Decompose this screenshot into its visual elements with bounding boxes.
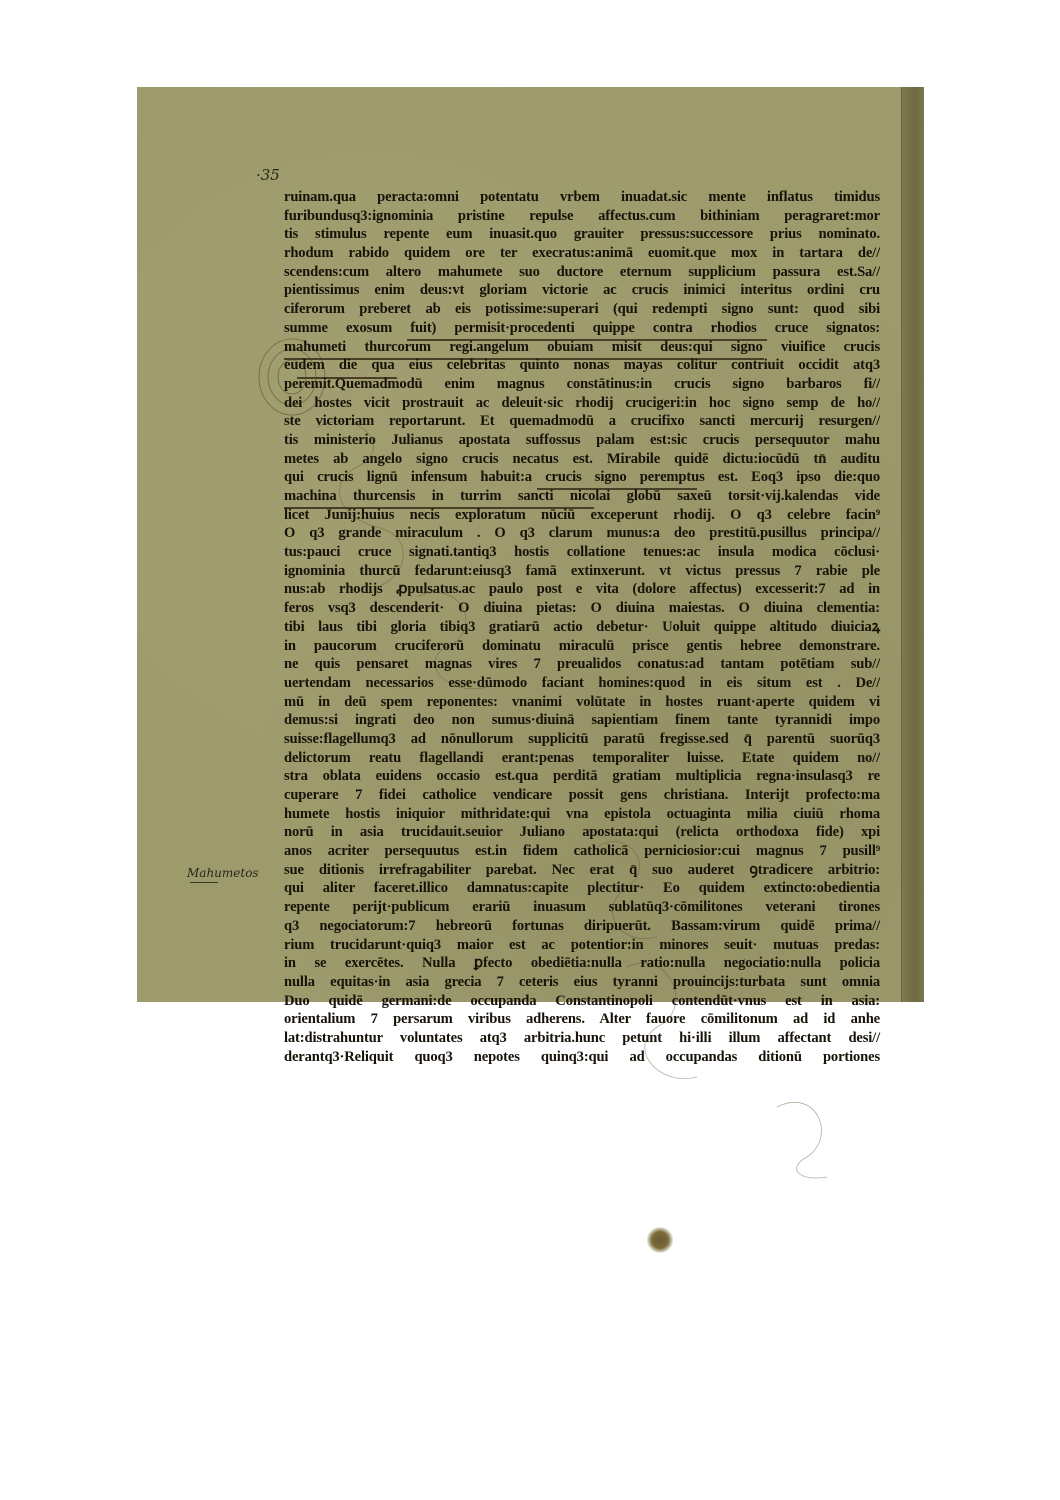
folio-number: ·35	[256, 166, 280, 184]
text-line: rhodum rabido quidem ore ter execratus:a…	[284, 244, 880, 263]
text-line: stra oblata euidens occasio est.qua perd…	[284, 767, 880, 786]
text-line: qui aliter faceret.illico damnatus:capit…	[284, 879, 880, 898]
text-line: summe exosum fuit) permisit·procedenti q…	[284, 319, 880, 338]
text-line: ignominia thurcū fedarunt:eiusq3 famā ex…	[284, 562, 880, 581]
text-line: anos acriter persequutus est.in fidem ca…	[284, 842, 880, 861]
text-line: ne quis pensaret magnas vires 7 preualid…	[284, 655, 880, 674]
text-line: Duo quidē germani:de occupanda Constanti…	[284, 992, 880, 1011]
book-gutter-shadow	[901, 87, 924, 1002]
text-line: sue ditionis irrefragabiliter parebat. N…	[284, 861, 880, 880]
text-line: uertendam necessarios esse·dūmodo facian…	[284, 674, 880, 693]
text-line: dei hostes vicit prostrauit ac deleuit·s…	[284, 394, 880, 413]
text-line: feros vsq3 descenderit· O diuina pietas:…	[284, 599, 880, 618]
text-line: nus:ab rhodijs ꝓpulsatus.ac paulo post e…	[284, 580, 880, 599]
text-line: suisse:flagellumq3 ad nōnullorum supplic…	[284, 730, 880, 749]
text-line: pientissimus enim deus:vt gloriam victor…	[284, 281, 880, 300]
text-line: norū in asia trucidauit.seuior Juliano a…	[284, 823, 880, 842]
text-line: peremit.Quemadmodū enim magnus constātin…	[284, 375, 880, 394]
text-line: mahumeti thurcorum regi.angelum obuiam m…	[284, 338, 880, 357]
text-line: in se exercētes. Nulla ꝑfecto obediētia:…	[284, 954, 880, 973]
marginal-annotation-underline	[190, 882, 218, 883]
marginal-annotation: Mahumetos	[187, 866, 259, 880]
text-line: eudem die qua eius celebritas quinto non…	[284, 356, 880, 375]
text-line: derantq3·Reliquit quoq3 nepotes quinq3:q…	[284, 1048, 880, 1067]
text-line: demus:si ingrati deo non sumus·diuinā sa…	[284, 711, 880, 730]
text-line: q3 negociatorum:7 hebreorū fortunas diri…	[284, 917, 880, 936]
text-line: licet Junij:huius necis exploratum nūciū…	[284, 506, 880, 525]
text-line: nulla equitas·in asia grecia 7 ceteris e…	[284, 973, 880, 992]
text-line: humete hostis iniquior mithridate:qui vn…	[284, 805, 880, 824]
text-line: machina thurcensis in turrim sancti nico…	[284, 487, 880, 506]
text-line: tis ministerio Julianus apostata suffoss…	[284, 431, 880, 450]
text-line: rium trucidarunt·quiq3 maior est ac pote…	[284, 936, 880, 955]
text-line: in paucorum cruciferorū dominatu miracul…	[284, 637, 880, 656]
text-line: mū in deū spem reponentes: vnanimi volūt…	[284, 693, 880, 712]
scanned-page: ·35 Mahumetos ruinam.qua peracta:omni po…	[137, 87, 924, 1002]
text-line: furibundusq3:ignominia pristine repulse …	[284, 207, 880, 226]
text-line: O q3 grande miraculum . O q3 clarum munu…	[284, 524, 880, 543]
text-line: cuperare 7 fidei catholice vendicare pos…	[284, 786, 880, 805]
text-line: ruinam.qua peracta:omni potentatu vrbem …	[284, 188, 880, 207]
text-line: metes ab angelo signo crucis necatus est…	[284, 450, 880, 469]
paper-stain	[647, 1227, 673, 1253]
text-line: delictorum reatu flagellandi erant:penas…	[284, 749, 880, 768]
text-line: repente perijt·publicum erariū inuasum s…	[284, 898, 880, 917]
text-line: tis stimulus repente eum inuasit.quo gra…	[284, 225, 880, 244]
text-line: tus:pauci cruce signati.tantiq3 hostis c…	[284, 543, 880, 562]
text-line: scendens:cum altero mahumete suo ductore…	[284, 263, 880, 282]
text-line: orientalium 7 persarum viribus adherens.…	[284, 1010, 880, 1029]
text-line: ste victoriam reportarunt. Et quemadmodū…	[284, 412, 880, 431]
text-line: ciferorum preberet ab eis potissime:supe…	[284, 300, 880, 319]
body-text: ruinam.qua peracta:omni potentatu vrbem …	[284, 188, 880, 1066]
text-line: qui crucis lignū infensum habuit:a cruci…	[284, 468, 880, 487]
text-line: lat:distrahuntur voluntates atq3 arbitri…	[284, 1029, 880, 1048]
text-line: tibi laus tibi gloria tibiq3 gratiarū ac…	[284, 618, 880, 637]
